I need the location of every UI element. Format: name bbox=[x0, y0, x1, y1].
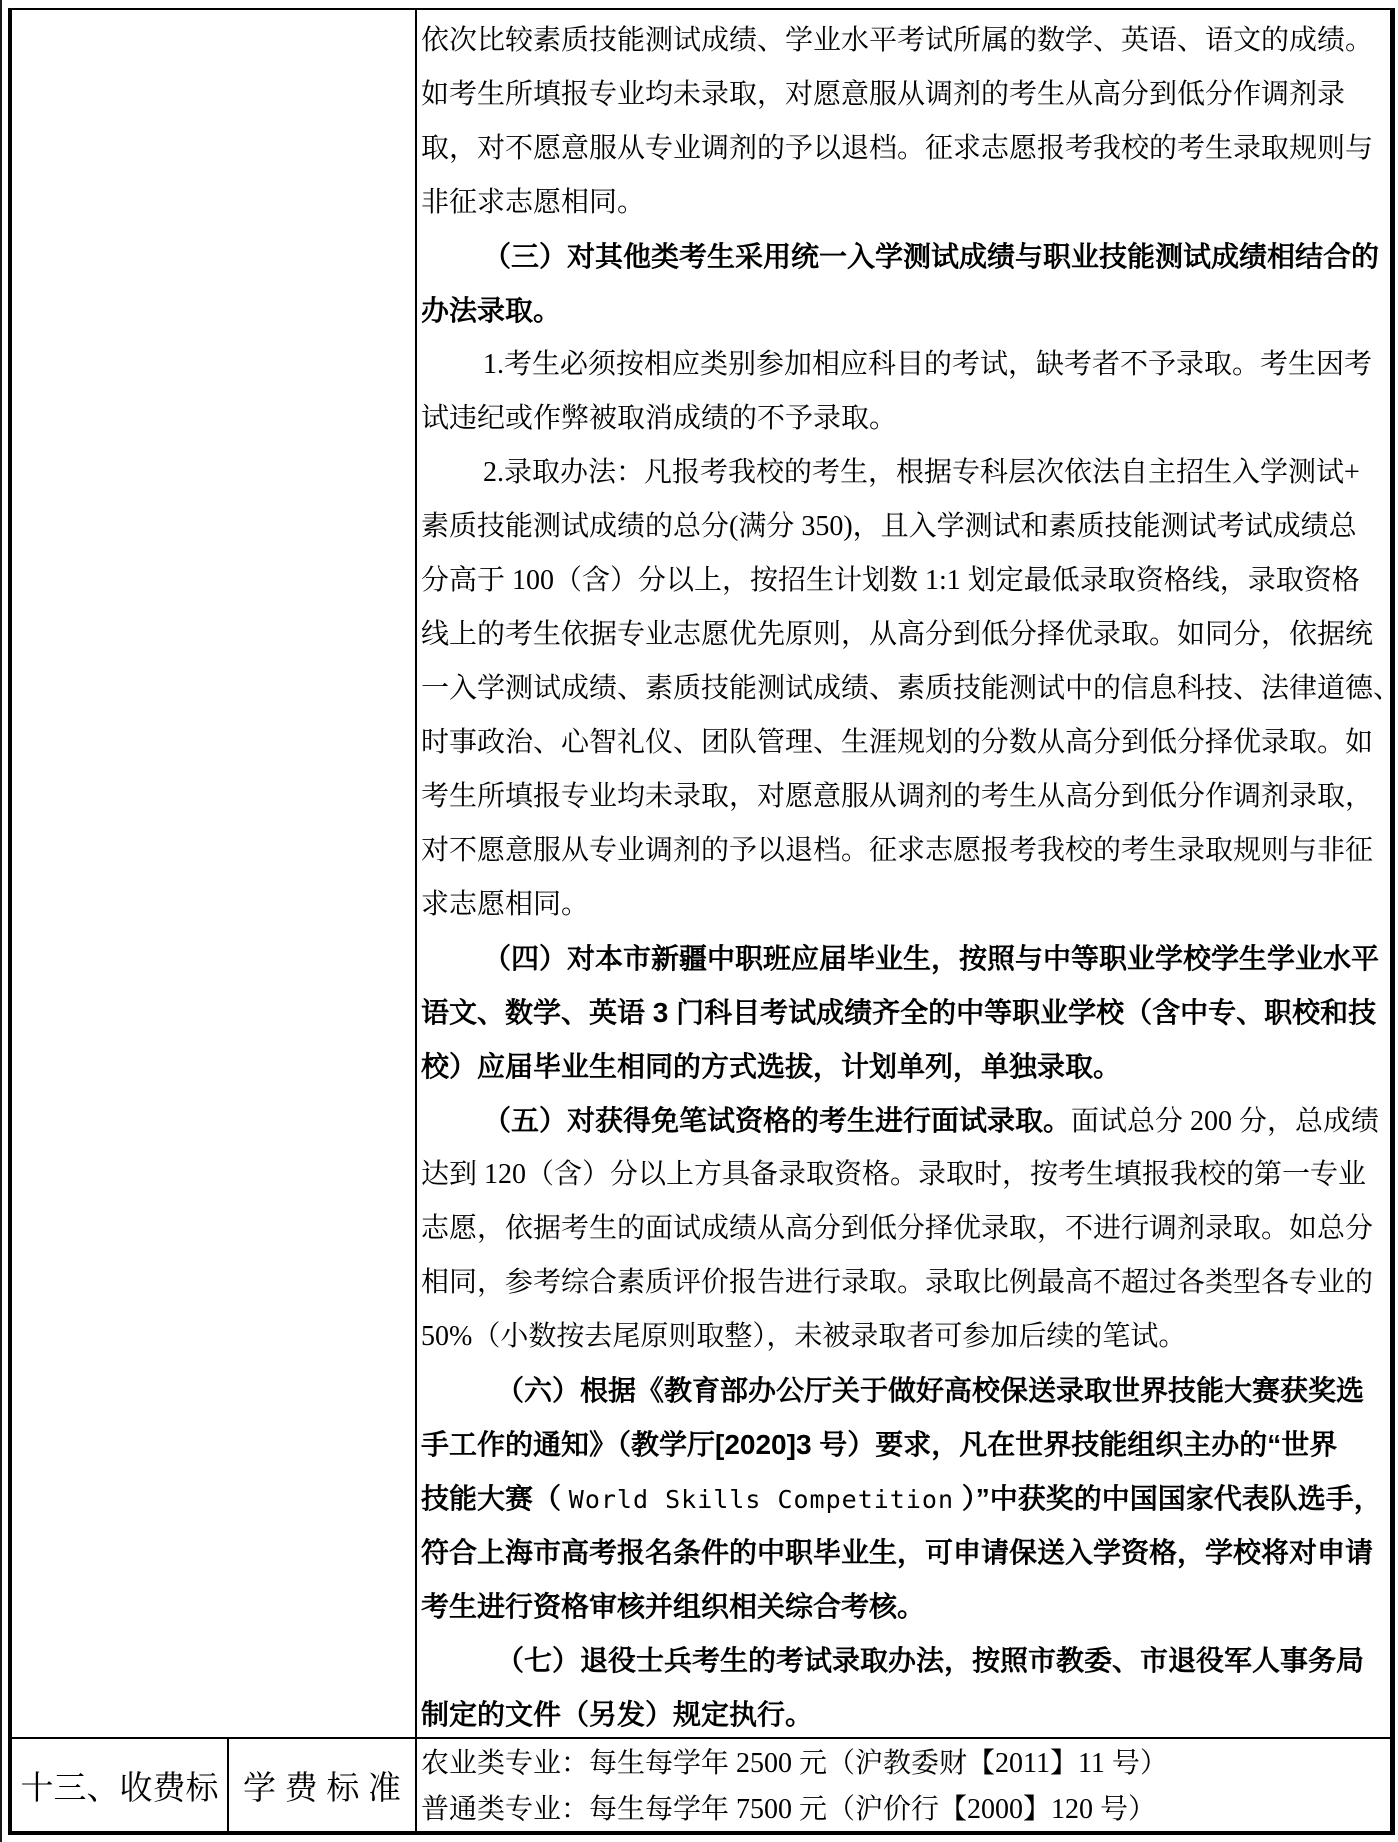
text-line: 达到 120（含）分以上方具备录取资格。录取时，按考生填报我校的第一专业 bbox=[421, 1148, 1391, 1202]
text-line: 非征求志愿相同。 bbox=[421, 176, 1391, 230]
text-line: 1.考生必须按相应类别参加相应科目的考试，缺考者不予录取。考生因考 bbox=[421, 338, 1391, 392]
text-segment: 志愿，依据考生的面试成绩从高分到低分择优录取，不进行调剂录取。如总分 bbox=[421, 1213, 1373, 1244]
document-page: 依次比较素质技能测试成绩、学业水平考试所属的数学、英语、语文的成绩。如考生所填报… bbox=[0, 0, 1398, 1842]
text-line: 取，对不愿意服从专业调剂的予以退档。征求志愿报考我校的考生录取规则与 bbox=[421, 122, 1391, 176]
fee-type-label: 学费标准 bbox=[231, 1762, 413, 1809]
table-border-top bbox=[8, 8, 1395, 10]
admission-rules-text-cell: 依次比较素质技能测试成绩、学业水平考试所属的数学、英语、语文的成绩。如考生所填报… bbox=[421, 14, 1391, 1742]
text-segment: 2.录取办法：凡报考我校的考生，根据专科层次依法自主招生入学测试+ bbox=[483, 457, 1360, 488]
text-segment: 1.考生必须按相应类别参加相应科目的考试，缺考者不予录取。考生因考 bbox=[483, 349, 1372, 380]
text-line: 手工作的通知》（教学厅[2020]3 号）要求，凡在世界技能组织主办的“世界 bbox=[421, 1418, 1391, 1472]
text-line: （七）退役士兵考生的考试录取办法，按照市教委、市退役军人事务局 bbox=[421, 1634, 1391, 1688]
fee-section-label: 十三、收费标 bbox=[21, 1762, 219, 1809]
text-segment: 一入学测试成绩、素质技能测试成绩、素质技能测试中的信息科技、法律道德、 bbox=[421, 673, 1391, 704]
bold-text-segment: （三）对其他类考生采用统一入学测试成绩与职业技能测试成绩相结合的 bbox=[483, 241, 1379, 272]
latin-mono-segment: World Skills Competition bbox=[569, 1485, 954, 1514]
text-line: 考生进行资格审核并组织相关综合考核。 bbox=[421, 1580, 1391, 1634]
text-segment: 素质技能测试成绩的总分(满分 350)，且入学测试和素质技能测试考试成绩总 bbox=[421, 511, 1357, 542]
fee-type-label-cell: 学费标准 bbox=[231, 1739, 413, 1831]
text-segment: 求志愿相同。 bbox=[421, 889, 589, 920]
text-line: 办法录取。 bbox=[421, 284, 1391, 338]
main-column-divider bbox=[415, 8, 417, 1831]
text-segment: 相同，参考综合素质评价报告进行录取。录取比例最高不超过各类型各专业的 bbox=[421, 1267, 1373, 1298]
text-line: 分高于 100（含）分以上，按招生计划数 1:1 划定最低录取资格线，录取资格 bbox=[421, 554, 1391, 608]
bold-text-segment: （六）根据《教育部办公厅关于做好高校保送录取世界技能大赛获奖选 bbox=[496, 1375, 1364, 1406]
bold-text-segment: 手工作的通知》（教学厅[2020]3 号）要求，凡在世界技能组织主办的“世界 bbox=[421, 1429, 1337, 1460]
text-segment: 分高于 100（含）分以上，按招生计划数 1:1 划定最低录取资格线，录取资格 bbox=[421, 565, 1360, 596]
text-line: 考生所填报专业均未录取，对愿意服从调剂的考生从高分到低分作调剂录取， bbox=[421, 770, 1391, 824]
text-line: （五）对获得免笔试资格的考生进行面试录取。面试总分 200 分，总成绩 bbox=[421, 1094, 1391, 1148]
page-edge-line bbox=[0, 0, 2, 1842]
text-line: 50%（小数按去尾原则取整），未被录取者可参加后续的笔试。 bbox=[421, 1310, 1391, 1364]
fee-subcolumn-divider bbox=[227, 1739, 229, 1831]
bold-text-segment: （七）退役士兵考生的考试录取办法，按照市教委、市退役军人事务局 bbox=[496, 1645, 1364, 1676]
text-line: 素质技能测试成绩的总分(满分 350)，且入学测试和素质技能测试考试成绩总 bbox=[421, 500, 1391, 554]
fee-detail-cell: 农业类专业：每生每学年 2500 元（沪教委财【2011】11 号） 普通类专业… bbox=[421, 1741, 1383, 1833]
text-line: 校）应届毕业生相同的方式选拔，计划单列，单独录取。 bbox=[421, 1040, 1391, 1094]
text-line: 线上的考生依据专业志愿优先原则，从高分到低分择优录取。如同分，依据统 bbox=[421, 608, 1391, 662]
bold-text-segment: （四）对本市新疆中职班应届毕业生，按照与中等职业学校学生学业水平 bbox=[483, 943, 1379, 974]
text-line: （六）根据《教育部办公厅关于做好高校保送录取世界技能大赛获奖选 bbox=[421, 1364, 1391, 1418]
text-segment: 时事政治、心智礼仪、团队管理、生涯规划的分数从高分到低分择优录取。如 bbox=[421, 727, 1373, 758]
text-line: 对不愿意服从专业调剂的予以退档。征求志愿报考我校的考生录取规则与非征 bbox=[421, 824, 1391, 878]
text-segment: 对不愿意服从专业调剂的予以退档。征求志愿报考我校的考生录取规则与非征 bbox=[421, 835, 1373, 866]
text-segment: 取，对不愿意服从专业调剂的予以退档。征求志愿报考我校的考生录取规则与 bbox=[421, 133, 1373, 164]
text-line: 制定的文件（另发）规定执行。 bbox=[421, 1688, 1391, 1742]
bold-text-segment: 校）应届毕业生相同的方式选拔，计划单列，单独录取。 bbox=[421, 1051, 1121, 1082]
fee-detail-agriculture: 农业类专业：每生每学年 2500 元（沪教委财【2011】11 号） bbox=[421, 1741, 1383, 1787]
text-line: 求志愿相同。 bbox=[421, 878, 1391, 932]
text-line: 相同，参考综合素质评价报告进行录取。录取比例最高不超过各类型各专业的 bbox=[421, 1256, 1391, 1310]
text-line: （三）对其他类考生采用统一入学测试成绩与职业技能测试成绩相结合的 bbox=[421, 230, 1391, 284]
bold-text-segment: 符合上海市高考报名条件的中职毕业生，可申请保送入学资格，学校将对申请 bbox=[421, 1537, 1373, 1568]
text-segment: 50%（小数按去尾原则取整），未被录取者可参加后续的笔试。 bbox=[421, 1321, 1186, 1352]
bold-text-segment: ）”中获奖的中国国家代表队选手， bbox=[954, 1483, 1382, 1514]
text-line: 试违纪或作弊被取消成绩的不予录取。 bbox=[421, 392, 1391, 446]
text-line: 一入学测试成绩、素质技能测试成绩、素质技能测试中的信息科技、法律道德、 bbox=[421, 662, 1391, 716]
bold-text-segment: 制定的文件（另发）规定执行。 bbox=[421, 1699, 813, 1730]
bold-text-segment: 技能大赛（ bbox=[421, 1483, 569, 1514]
fee-section-label-cell: 十三、收费标 bbox=[14, 1739, 225, 1831]
text-line: 依次比较素质技能测试成绩、学业水平考试所属的数学、英语、语文的成绩。 bbox=[421, 14, 1391, 68]
bold-text-segment: 考生进行资格审核并组织相关综合考核。 bbox=[421, 1591, 925, 1622]
text-segment: 试违纪或作弊被取消成绩的不予录取。 bbox=[421, 403, 897, 434]
text-line: 志愿，依据考生的面试成绩从高分到低分择优录取，不进行调剂录取。如总分 bbox=[421, 1202, 1391, 1256]
text-segment: 依次比较素质技能测试成绩、学业水平考试所属的数学、英语、语文的成绩。 bbox=[421, 25, 1373, 56]
text-line: （四）对本市新疆中职班应届毕业生，按照与中等职业学校学生学业水平 bbox=[421, 932, 1391, 986]
bold-text-segment: 办法录取。 bbox=[421, 295, 561, 326]
text-line: 如考生所填报专业均未录取，对愿意服从调剂的考生从高分到低分作调剂录 bbox=[421, 68, 1391, 122]
fee-detail-general: 普通类专业：每生每学年 7500 元（沪价行【2000】120 号） bbox=[421, 1787, 1383, 1833]
text-line: 语文、数学、英语 3 门科目考试成绩齐全的中等职业学校（含中专、职校和技 bbox=[421, 986, 1391, 1040]
text-segment: 考生所填报专业均未录取，对愿意服从调剂的考生从高分到低分作调剂录取， bbox=[421, 781, 1373, 812]
text-line: 时事政治、心智礼仪、团队管理、生涯规划的分数从高分到低分择优录取。如 bbox=[421, 716, 1391, 770]
text-segment: 达到 120（含）分以上方具备录取资格。录取时，按考生填报我校的第一专业 bbox=[421, 1159, 1366, 1190]
bold-text-segment: 语文、数学、英语 3 门科目考试成绩齐全的中等职业学校（含中专、职校和技 bbox=[421, 997, 1376, 1028]
text-segment: 非征求志愿相同。 bbox=[421, 187, 645, 218]
text-segment: 面试总分 200 分，总成绩 bbox=[1071, 1106, 1379, 1137]
table-border-left bbox=[8, 8, 12, 1835]
text-line: 符合上海市高考报名条件的中职毕业生，可申请保送入学资格，学校将对申请 bbox=[421, 1526, 1391, 1580]
text-line: 技能大赛（ World Skills Competition ）”中获奖的中国国… bbox=[421, 1472, 1391, 1526]
text-segment: 线上的考生依据专业志愿优先原则，从高分到低分择优录取。如同分，依据统 bbox=[421, 619, 1373, 650]
text-segment: 如考生所填报专业均未录取，对愿意服从调剂的考生从高分到低分作调剂录 bbox=[421, 79, 1345, 110]
text-line: 2.录取办法：凡报考我校的考生，根据专科层次依法自主招生入学测试+ bbox=[421, 446, 1391, 500]
bold-text-segment: （五）对获得免笔试资格的考生进行面试录取。 bbox=[483, 1105, 1071, 1136]
